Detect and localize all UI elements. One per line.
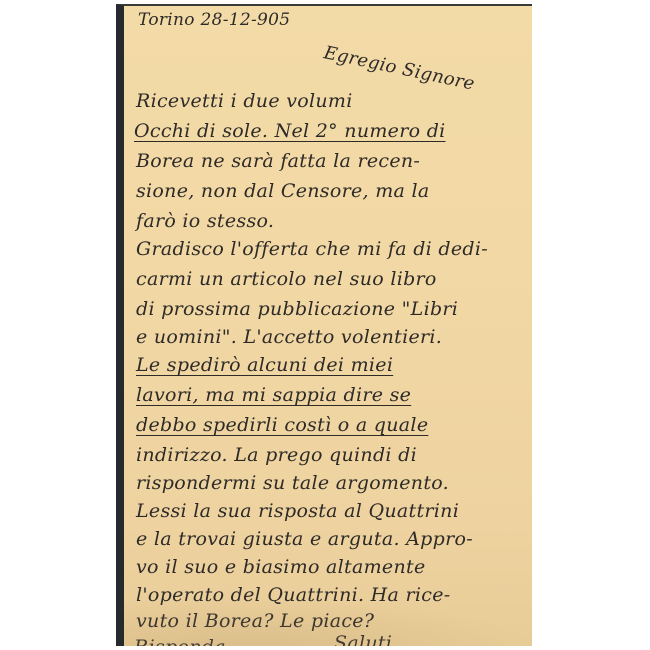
body-line-12: debbo spedirli costì o a quale — [136, 416, 428, 435]
body-line-1: Ricevetti i due volumi — [136, 92, 353, 111]
body-line-3: Borea ne sarà fatta la recen- — [136, 152, 420, 171]
body-line-7: carmi un articolo nel suo libro — [136, 270, 437, 289]
page-canvas: Torino 28-12-905 Egregio Signore Ricevet… — [0, 0, 650, 650]
postcard: Torino 28-12-905 Egregio Signore Ricevet… — [116, 4, 532, 646]
body-line-8: di prossima pubblicazione "Libri — [136, 300, 458, 319]
salutation: Egregio Signore — [322, 44, 476, 94]
body-line-13: indirizzo. La prego quindi di — [136, 446, 417, 465]
body-line-6: Gradisco l'offerta che mi fa di dedi- — [136, 240, 488, 259]
body-line-4: sione, non dal Censore, ma la — [136, 182, 430, 201]
body-line-19: vuto il Borea? Le piace? — [136, 612, 374, 631]
body-line-9: e uomini". L'accetto volentieri. — [136, 328, 442, 347]
book-title: Occhi di sole. Nel 2° numero di — [134, 120, 446, 142]
date-line: Torino 28-12-905 — [138, 12, 290, 29]
closing-left: Risponda — [134, 638, 226, 646]
closing: Saluti — [334, 634, 392, 646]
body-line-10: Le spedirò alcuni dei miei — [136, 356, 393, 375]
body-line-14: rispondermi su tale argomento. — [136, 474, 449, 493]
body-line-18: l'operato del Quattrini. Ha rice- — [136, 586, 450, 605]
body-line-11: lavori, ma mi sappia dire se — [136, 386, 411, 405]
body-line-2: Occhi di sole. Nel 2° numero di — [134, 122, 446, 141]
body-line-16: e la trovai giusta e arguta. Appro- — [136, 530, 473, 549]
body-line-17: vo il suo e biasimo altamente — [136, 558, 426, 577]
body-line-5: farò io stesso. — [136, 212, 274, 231]
body-line-15: Lessi la sua risposta al Quattrini — [136, 502, 459, 521]
